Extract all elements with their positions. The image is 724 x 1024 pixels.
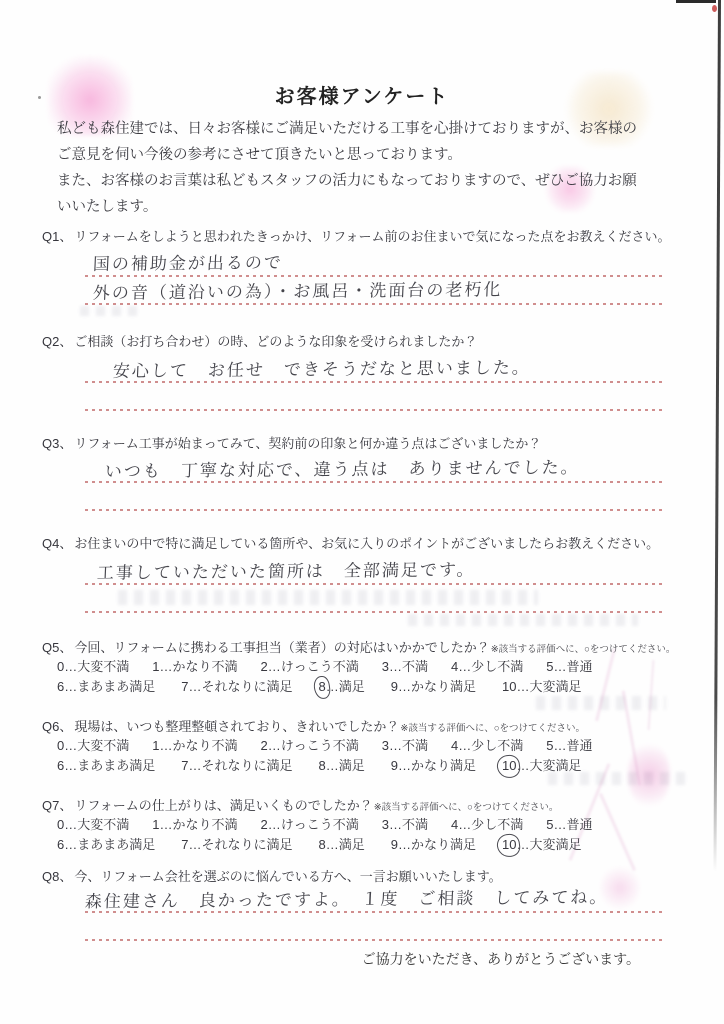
answer-line: 森住建さん 良かったですよ。 １度 ご相談 してみてね。 (85, 885, 663, 913)
handwritten-answer: 森住建さん 良かったですよ。 １度 ご相談 してみてね。 (84, 883, 609, 913)
scale-option: 3…不満 (382, 735, 428, 754)
rating-scale-row-1: 0…大変不満 1…かなり不満 2…けっこう不満 3…不満 4…少し不満 5…普通 (57, 814, 593, 833)
question-number: Q4、 (42, 536, 72, 551)
scale-option: 6…まあまあ満足 (57, 834, 155, 853)
question-block-q3: Q3、リフォーム工事が始まってみて、契約前の印象と何か違う点はございましたか？ … (0, 433, 724, 519)
answer-line: 外の音（道沿いの為）・お風呂・洗面台の老朽化 (85, 277, 663, 305)
scale-option-selected: 8…満足 (319, 676, 365, 695)
question-text: リフォーム工事が始まってみて、契約前の印象と何か違う点はございましたか？ (74, 436, 541, 451)
scale-option: 9…かなり満足 (391, 834, 476, 853)
question-line: Q4、お住まいの中で特に満足している箇所や、お気に入りのポイントがございましたら… (42, 533, 659, 552)
question-line: Q2、ご相談（お打ち合わせ）の時、どのような印象を受けられましたか？ (42, 331, 477, 350)
scale-option: 7…それなりに満足 (181, 834, 292, 853)
scale-option: 0…大変不満 (57, 735, 129, 754)
answer-line: 国の補助金が出るので (85, 249, 663, 277)
thanks-message: ご協力をいただき、ありがとうございます。 (362, 949, 640, 969)
scale-option: 5…普通 (546, 735, 592, 754)
scale-option: 4…少し不満 (451, 656, 523, 675)
scale-option: 6…まあまあ満足 (57, 755, 155, 774)
scale-option: 0…大変不満 (57, 814, 129, 833)
scale-option: 9…かなり満足 (391, 755, 476, 774)
scale-option: 9…かなり満足 (391, 676, 476, 695)
rating-scale-row-2: 6…まあまあ満足 7…それなりに満足 8…満足 9…かなり満足 10…大変満足 (57, 676, 581, 695)
rating-scale-row-1: 0…大変不満 1…かなり不満 2…けっこう不満 3…不満 4…少し不満 5…普通 (57, 735, 593, 754)
answer-line: 工事していただいた箇所は 全部満足です。 (85, 557, 663, 585)
handwritten-answer: 工事していただいた箇所は 全部満足です。 (96, 555, 476, 583)
bleed-through-ghost-text (536, 696, 666, 710)
scale-option: 7…それなりに満足 (181, 676, 292, 695)
question-text: お住まいの中で特に満足している箇所や、お気に入りのポイントがございましたらお教え… (74, 536, 659, 551)
scale-option: 5…普通 (546, 814, 592, 833)
question-text: リフォームをしようと思われたきっかけ、リフォーム前のお住まいで気になった点をお教… (74, 229, 670, 244)
question-text: ご相談（お打ち合わせ）の時、どのような印象を受けられましたか？ (74, 334, 477, 349)
scale-option: 5…普通 (546, 656, 592, 675)
question-line: Q8、今、リフォーム会社を選ぶのに悩んでいる方へ、一言お願いいたします。 (42, 866, 502, 885)
scale-option: 8…満足 (319, 834, 365, 853)
scale-option: 2…けっこう不満 (261, 656, 359, 675)
red-speck (712, 5, 717, 12)
scale-option: 2…けっこう不満 (261, 735, 359, 754)
scale-option: 10…大変満足 (502, 676, 581, 695)
answer-line: 安心して お任せ できそうだなと思いました。 (85, 355, 663, 383)
answer-line (85, 383, 663, 411)
question-line: Q7、リフォームの仕上がりは、満足いくものでしたか？※該当する評価へに、○をつけ… (42, 795, 558, 814)
question-block-q8: Q8、今、リフォーム会社を選ぶのに悩んでいる方へ、一言お願いいたします。 森住建… (0, 866, 724, 948)
handwritten-answer: 外の音（道沿いの為）・お風呂・洗面台の老朽化 (92, 275, 503, 304)
question-text: 今、リフォーム会社を選ぶのに悩んでいる方へ、一言お願いいたします。 (74, 869, 501, 884)
question-block-q6: Q6、現場は、いつも整理整頓されており、きれいでしたか？※該当する評価へに、○を… (0, 716, 724, 776)
scale-option: 8…満足 (319, 755, 365, 774)
scale-option-selected: 10…大変満足 (502, 834, 581, 853)
question-text: 現場は、いつも整理整頓されており、きれいでしたか？ (74, 719, 399, 734)
scale-option: 3…不満 (382, 656, 428, 675)
answer-line: いつも 丁寧な対応で、違う点は ありませんでした。 (85, 455, 663, 483)
question-line: Q6、現場は、いつも整理整頓されており、きれいでしたか？※該当する評価へに、○を… (42, 716, 585, 735)
question-block-q1: Q1、リフォームをしようと思われたきっかけ、リフォーム前のお住まいで気になった点… (0, 226, 724, 316)
question-block-q2: Q2、ご相談（お打ち合わせ）の時、どのような印象を受けられましたか？ 安心して … (0, 331, 724, 417)
rating-note: ※該当する評価へに、○をつけてください。 (491, 644, 676, 655)
rating-note: ※該当する評価へに、○をつけてください。 (374, 802, 559, 813)
scale-option: 1…かなり不満 (152, 735, 237, 754)
question-text: リフォームの仕上がりは、満足いくものでしたか？ (74, 798, 372, 813)
scale-option: 3…不満 (382, 814, 428, 833)
question-number: Q5、 (42, 640, 72, 655)
survey-scan-page: お客様アンケート 私ども森住建では、日々お客様にご満足いただける工事を心掛けてお… (0, 0, 724, 1024)
question-number: Q1、 (42, 229, 72, 244)
handwritten-answer: 国の補助金が出るので (92, 248, 283, 275)
question-block-q4: Q4、お住まいの中で特に満足している箇所や、お気に入りのポイントがございましたら… (0, 533, 724, 619)
question-text: 今回、リフォームに携わる工事担当（業者）の対応はいかかでしたか？ (74, 640, 489, 655)
intro-paragraph: 私ども森住建では、日々お客様にご満足いただける工事を心掛けておりますが、お客様の… (57, 116, 675, 220)
scale-option: 1…かなり不満 (152, 656, 237, 675)
question-line: Q1、リフォームをしようと思われたきっかけ、リフォーム前のお住まいで気になった点… (42, 226, 671, 245)
scale-option: 7…それなりに満足 (181, 755, 292, 774)
question-block-q7: Q7、リフォームの仕上がりは、満足いくものでしたか？※該当する評価へに、○をつけ… (0, 795, 724, 855)
rating-scale-row-1: 0…大変不満 1…かなり不満 2…けっこう不満 3…不満 4…少し不満 5…普通 (57, 656, 593, 675)
scale-option: 4…少し不満 (451, 735, 523, 754)
answer-line (85, 913, 663, 941)
question-number: Q6、 (42, 719, 72, 734)
scale-option-selected: 10…大変満足 (502, 755, 581, 774)
question-block-q5: Q5、今回、リフォームに携わる工事担当（業者）の対応はいかかでしたか？※該当する… (0, 637, 724, 697)
question-line: Q3、リフォーム工事が始まってみて、契約前の印象と何か違う点はございましたか？ (42, 433, 541, 452)
answer-line (85, 585, 663, 613)
scale-option: 0…大変不満 (57, 656, 129, 675)
page-title: お客様アンケート (0, 80, 724, 109)
question-number: Q3、 (42, 436, 72, 451)
rating-note: ※該当する評価へに、○をつけてください。 (400, 723, 585, 734)
scale-option: 6…まあまあ満足 (57, 676, 155, 695)
scan-edge-sliver (676, 0, 716, 3)
handwritten-answer: いつも 丁寧な対応で、違う点は ありませんでした。 (104, 453, 580, 482)
scale-option: 2…けっこう不満 (261, 814, 359, 833)
rating-scale-row-2: 6…まあまあ満足 7…それなりに満足 8…満足 9…かなり満足 10…大変満足 (57, 834, 581, 853)
question-line: Q5、今回、リフォームに携わる工事担当（業者）の対応はいかかでしたか？※該当する… (42, 637, 675, 656)
answer-line (85, 483, 663, 511)
question-number: Q8、 (42, 869, 72, 884)
handwritten-answer: 安心して お任せ できそうだなと思いました。 (112, 353, 531, 382)
question-number: Q7、 (42, 798, 72, 813)
scale-option: 4…少し不満 (451, 814, 523, 833)
question-number: Q2、 (42, 334, 72, 349)
rating-scale-row-2: 6…まあまあ満足 7…それなりに満足 8…満足 9…かなり満足 10…大変満足 (57, 755, 581, 774)
scale-option: 1…かなり不満 (152, 814, 237, 833)
